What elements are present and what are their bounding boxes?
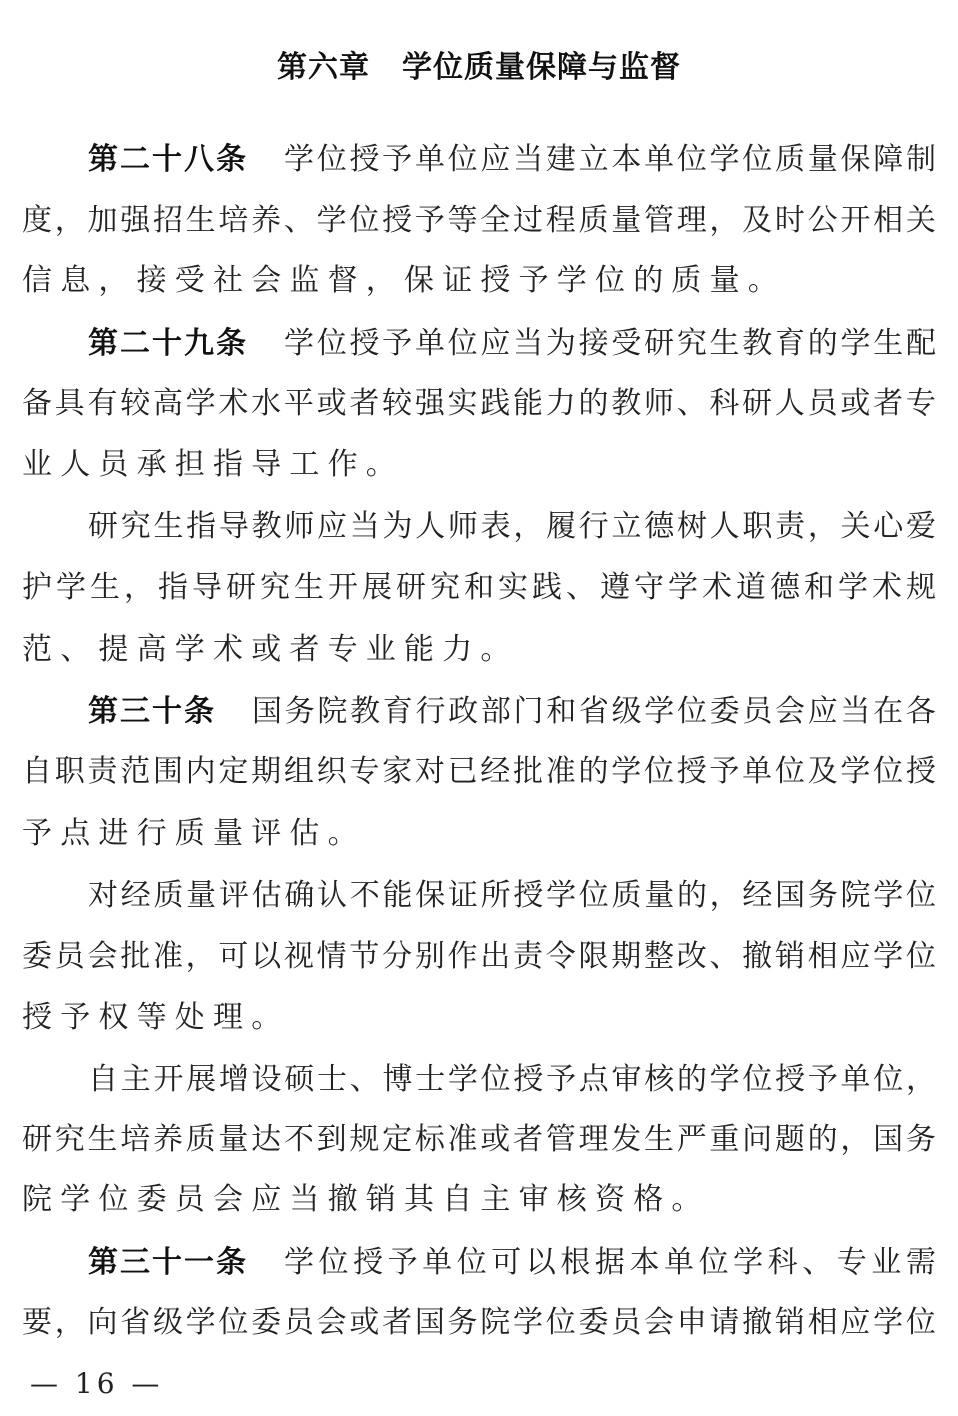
chapter-label: 第六章 (277, 50, 370, 85)
article-29-line-1: 第二十九条 学位授予单位应当为接受研究生教育的学生配 (88, 320, 936, 368)
body-text: 予点进行质量评估。 (22, 810, 366, 858)
article-30-para2-line-3: 授予权等处理。 (22, 994, 936, 1042)
body-text: 护学生，指导研究生开展研究和实践、遵守学术道德和学术规 (22, 564, 936, 612)
article-label: 第三十一条 (88, 1239, 248, 1287)
body-text: 范、提高学术或者专业能力。 (22, 626, 519, 674)
body-text: 院学位委员会应当撤销其自主审核资格。 (22, 1176, 710, 1224)
body-text: 学位授予单位应当建立本单位学位质量保障制 (284, 136, 936, 184)
article-28-line-2: 度，加强招生培养、学位授予等全过程质量管理，及时公开相关 (22, 197, 936, 245)
body-text: 研究生指导教师应当为人师表，履行立德树人职责，关心爱 (88, 503, 936, 551)
body-text: 国务院教育行政部门和省级学位委员会应当在各 (252, 688, 936, 736)
article-29-line-2: 备具有较高学术水平或者较强实践能力的教师、科研人员或者专 (22, 380, 936, 428)
body-text: 业人员承担指导工作。 (22, 441, 404, 489)
article-28-line-3: 信息，接受社会监督，保证授予学位的质量。 (22, 257, 936, 305)
body-text: 自主开展增设硕士、博士学位授予点审核的学位授予单位， (88, 1056, 936, 1104)
page-number: — 16 — (30, 1366, 163, 1402)
article-28-line-1: 第二十八条 学位授予单位应当建立本单位学位质量保障制 (88, 136, 936, 184)
body-text: 度，加强招生培养、学位授予等全过程质量管理，及时公开相关 (22, 197, 936, 245)
article-30-para3-line-1: 自主开展增设硕士、博士学位授予点审核的学位授予单位， (88, 1056, 936, 1104)
body-text: 信息，接受社会监督，保证授予学位的质量。 (22, 257, 786, 305)
body-text: 学位授予单位可以根据本单位学科、专业需 (284, 1239, 936, 1287)
body-text: 学位授予单位应当为接受研究生教育的学生配 (284, 320, 936, 368)
body-text: 备具有较高学术水平或者较强实践能力的教师、科研人员或者专 (22, 380, 936, 428)
body-text: 自职责范围内定期组织专家对已经批准的学位授予单位及学位授 (22, 748, 936, 796)
article-30-line-3: 予点进行质量评估。 (22, 810, 936, 858)
article-30-para3-line-3: 院学位委员会应当撤销其自主审核资格。 (22, 1176, 936, 1224)
article-30-para2-line-1: 对经质量评估确认不能保证所授学位质量的，经国务院学位 (88, 872, 936, 920)
article-29-para2-line-2: 护学生，指导研究生开展研究和实践、遵守学术道德和学术规 (22, 564, 936, 612)
body-text: 授予权等处理。 (22, 994, 289, 1042)
article-label: 第三十条 (88, 688, 216, 736)
article-label: 第二十九条 (88, 320, 248, 368)
body-text: 研究生培养质量达不到规定标准或者管理发生严重问题的，国务 (22, 1116, 936, 1164)
chapter-title: 第六章学位质量保障与监督 (0, 44, 958, 92)
article-29-line-3: 业人员承担指导工作。 (22, 441, 936, 489)
article-30-line-2: 自职责范围内定期组织专家对已经批准的学位授予单位及学位授 (22, 748, 936, 796)
article-30-para3-line-2: 研究生培养质量达不到规定标准或者管理发生严重问题的，国务 (22, 1116, 936, 1164)
body-text: 委员会批准，可以视情节分别作出责令限期整改、撤销相应学位 (22, 933, 936, 981)
article-label: 第二十八条 (88, 136, 248, 184)
article-30-para2-line-2: 委员会批准，可以视情节分别作出责令限期整改、撤销相应学位 (22, 933, 936, 981)
body-text: 对经质量评估确认不能保证所授学位质量的，经国务院学位 (88, 872, 936, 920)
article-29-para2-line-1: 研究生指导教师应当为人师表，履行立德树人职责，关心爱 (88, 503, 936, 551)
article-31-line-1: 第三十一条 学位授予单位可以根据本单位学科、专业需 (88, 1239, 936, 1287)
article-29-para2-line-3: 范、提高学术或者专业能力。 (22, 626, 936, 674)
article-30-line-1: 第三十条 国务院教育行政部门和省级学位委员会应当在各 (88, 688, 936, 736)
article-31-line-2: 要，向省级学位委员会或者国务院学位委员会申请撤销相应学位 (22, 1299, 936, 1347)
chapter-text: 学位质量保障与监督 (402, 50, 681, 85)
body-text: 要，向省级学位委员会或者国务院学位委员会申请撤销相应学位 (22, 1299, 936, 1347)
